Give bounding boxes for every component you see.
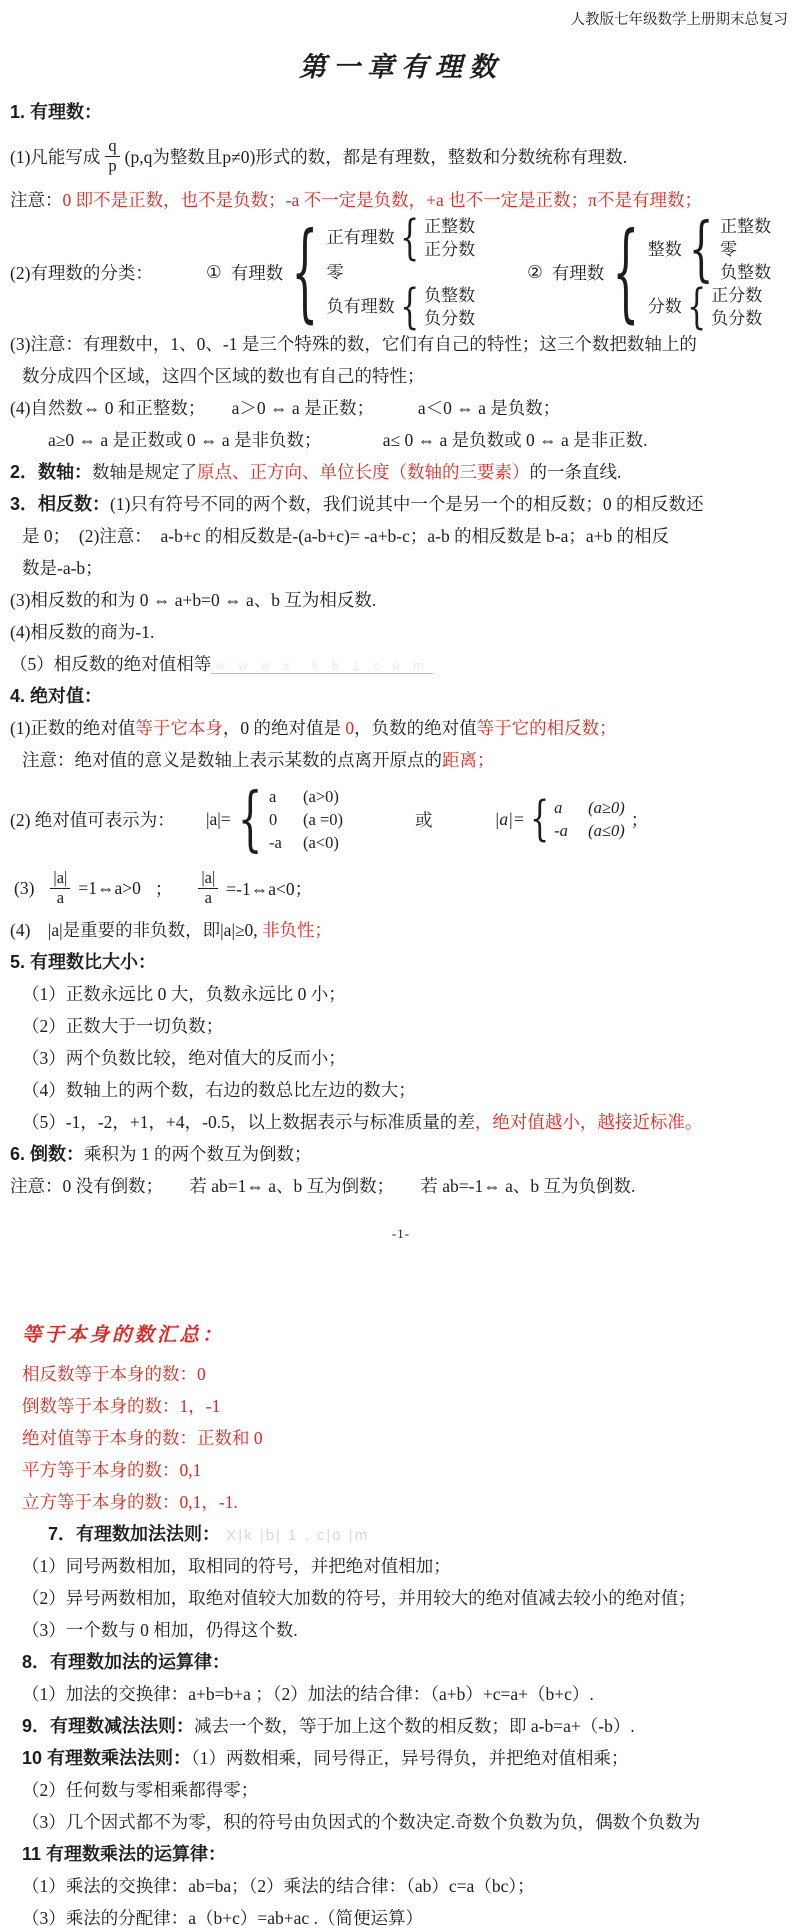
- abs-label: (2) 绝对值可表示为：: [10, 807, 206, 832]
- case-value: -a: [269, 831, 303, 854]
- item-number: (3): [14, 878, 34, 899]
- text-line: 8．有理数加法的运算律：: [10, 1646, 792, 1678]
- text-line: 等于本身的数汇总：: [10, 1312, 792, 1358]
- text-segment: （3）两个负数比较，绝对值大的反而小；: [22, 1048, 346, 1068]
- case-condition: (a>0): [303, 787, 339, 806]
- text-segment: 8．有理数加法的运算律：: [22, 1652, 230, 1672]
- text-line: （1）正数永远比 0 大，负数永远比 0 小；: [10, 978, 792, 1010]
- text-segment: =-1⇔a<0；: [226, 876, 312, 901]
- text-segment: (1)只有符号不同的两个数，我们说其中一个是另一个的相反数；0 的相反数还: [110, 494, 704, 514]
- text-line: (4)自然数⇔ 0 和正整数； a＞0 ⇔ a 是正数； a＜0 ⇔ a 是负数…: [10, 392, 792, 424]
- text-segment: ，负数的绝对值: [354, 718, 477, 738]
- text-segment: 等于本身的数汇总：: [22, 1323, 225, 1346]
- text-line: （3）乘法的分配律：a（b+c）=ab+ac .（简便运算）: [10, 1902, 792, 1932]
- branch-label: 整数: [648, 238, 682, 261]
- text-segment: 平方等于本身的数：0,1: [22, 1460, 201, 1480]
- text-segment: 4. 绝对值：: [10, 686, 102, 706]
- summary-and-rules-group: 等于本身的数汇总：相反数等于本身的数：0倒数等于本身的数：1，-1绝对值等于本身…: [10, 1312, 792, 1932]
- text-line: 立方等于本身的数：0,1，-1.: [10, 1486, 792, 1518]
- rational-classification-block: (2)有理数的分类： ① 有理数 { 正有理数 { 正整数 正分数 零: [10, 216, 792, 328]
- rational-definition-line: (1)凡能写成 q p (p,q为整数且p≠0)形式的数，都是有理数，整数和分数…: [10, 128, 792, 184]
- text-line: 1. 有理数：: [10, 96, 792, 128]
- text-segment: 3．相反数：: [10, 494, 110, 514]
- text-line: 4. 绝对值：: [10, 680, 792, 712]
- text-line: 注意：绝对值的意义是数轴上表示某数的点离开原点的距离；: [10, 744, 792, 776]
- tree-root-label: 有理数: [231, 260, 284, 285]
- text-line: 3．相反数：(1)只有符号不同的两个数，我们说其中一个是另一个的相反数；0 的相…: [10, 488, 792, 520]
- fraction-abs-a-over-a: |a| a: [198, 869, 218, 908]
- watermark-text: X|k |b| 1 . c|o |m: [220, 1527, 369, 1544]
- case-condition: (a≥0): [588, 798, 625, 817]
- abs-lhs: |a|=: [206, 809, 231, 830]
- text-line: (4)相反数的商为-1.: [10, 616, 792, 648]
- text-line: （3）两个负数比较，绝对值大的反而小；: [10, 1042, 792, 1074]
- text-segment: (3)注意：有理数中，1、0、-1 是三个特殊的数，它们有自己的特性；这三个数把…: [10, 334, 697, 354]
- fraction-numerator: q: [105, 137, 119, 157]
- leaf-item: 正分数: [711, 284, 762, 307]
- circled-number-2: ②: [527, 262, 543, 283]
- text-segment: （1）加法的交换律：a+b=b+a ；（2）加法的结合律：（a+b）+c=a+（…: [22, 1684, 594, 1704]
- leaf-item: 负分数: [711, 307, 762, 330]
- fraction-denominator: p: [105, 157, 119, 176]
- text-line: 5. 有理数比大小：: [10, 946, 792, 978]
- classification-label: (2)有理数的分类：: [10, 260, 206, 285]
- text-segment: ；: [631, 807, 649, 832]
- fraction-numerator: |a|: [50, 869, 70, 889]
- branch-label: 正有理数: [327, 226, 395, 249]
- text-line: （5）-1，-2，+1，+4，-0.5，以上数据表示与标准质量的差，绝对值越小，…: [10, 1106, 792, 1138]
- text-segment: （2）正数大于一切负数；: [22, 1016, 223, 1036]
- text-line: 2．数轴：数轴是规定了原点、正方向、单位长度（数轴的三要素）的一条直线.: [10, 456, 792, 488]
- text-segment: （4）数轴上的两个数，右边的数总比左边的数大；: [22, 1080, 416, 1100]
- text-segment: 10 有理数乘法法则：: [22, 1748, 191, 1768]
- brace: {: [292, 219, 319, 326]
- text-line: （4）数轴上的两个数，右边的数总比左边的数大；: [10, 1074, 792, 1106]
- text-line: 平方等于本身的数：0,1: [10, 1454, 792, 1486]
- classification-tree-1: ① 有理数 { 正有理数 { 正整数 正分数 零 负有理数: [206, 215, 475, 330]
- text-segment: （1）同号两数相加，取相同的符号，并把绝对值相加；: [22, 1556, 451, 1576]
- text-segment: a≥0 ⇔ a 是正数或 0 ⇔ a 是非负数； a≤ 0 ⇔ a 是负数或 0…: [48, 430, 648, 450]
- page-number: -1-: [10, 1226, 792, 1242]
- comparison-reciprocal-group: (4) |a|是重要的非负数，即|a|≥0, 非负性；5. 有理数比大小：（1）…: [10, 914, 792, 1202]
- leaf-item: 正整数: [424, 215, 475, 238]
- text-segment: 9．有理数减法法则：: [22, 1716, 194, 1736]
- text-segment: 7．有理数加法法则：: [48, 1524, 220, 1544]
- text-segment: 数分成四个区域，这四个区域的数也有自己的特性；: [22, 366, 425, 386]
- text-segment: （2）任何数与零相乘都得零；: [22, 1780, 258, 1800]
- brace: {: [237, 784, 262, 854]
- text-segment: 非负性；: [262, 920, 332, 940]
- text-segment: =1⇔a>0: [78, 878, 141, 899]
- text-line: a≥0 ⇔ a 是正数或 0 ⇔ a 是非负数； a≤ 0 ⇔ a 是负数或 0…: [10, 424, 792, 456]
- text-segment: 是 0； (2)注意： a-b+c 的相反数是-(a-b+c)= -a+b-c；…: [22, 526, 669, 546]
- text-segment: 数是-a-b；: [22, 558, 103, 578]
- case-condition: (a≤0): [588, 821, 625, 840]
- text-segment: 立方等于本身的数：0,1，-1.: [22, 1492, 238, 1512]
- text-line: (4) |a|是重要的非负数，即|a|≥0, 非负性；: [10, 914, 792, 946]
- text-line: （3）一个数与 0 相加，仍得这个数.: [10, 1614, 792, 1646]
- tree-root-label: 有理数: [552, 260, 605, 285]
- text-line: 绝对值等于本身的数：正数和 0: [10, 1422, 792, 1454]
- text-segment: 等于它的相反数；: [477, 718, 617, 738]
- case-value: -a: [554, 819, 588, 842]
- text-segment: ，0 的绝对值是: [223, 718, 346, 738]
- text-line: （3）几个因式都不为零，积的符号由负因式的个数决定.奇数个负数为负，偶数个负数为: [10, 1806, 792, 1838]
- text-segment: 1. 有理数：: [10, 102, 102, 122]
- absolute-ratio-line: (3) |a| a =1⇔a>0 ； |a| a =-1⇔a<0；: [10, 862, 792, 914]
- text-segment: 等于它本身: [135, 718, 223, 738]
- text-segment: 2．数轴：: [10, 462, 92, 482]
- text-segment: （5）-1，-2，+1，+4，-0.5，以上数据表示与标准质量的差: [22, 1112, 475, 1132]
- text-segment: 注意：0 没有倒数； 若 ab=1⇔ a、b 互为倒数； 若 ab=-1⇔ a、…: [10, 1176, 635, 1196]
- text-line: （1）同号两数相加，取相同的符号，并把绝对值相加；: [10, 1550, 792, 1582]
- text-segment: ，绝对值越小，越接近标准。: [475, 1112, 703, 1132]
- text-segment: 0: [345, 718, 354, 738]
- brace: {: [613, 219, 640, 326]
- fraction-denominator: a: [54, 889, 67, 908]
- text-line: 11 有理数乘法的运算律：: [10, 1838, 792, 1870]
- fraction-abs-a-over-a: |a| a: [50, 869, 70, 908]
- fraction-q-over-p: q p: [105, 137, 119, 176]
- text-segment: 注意：: [10, 190, 63, 210]
- text-segment: 5. 有理数比大小：: [10, 952, 156, 972]
- classification-tree-2: ② 有理数 { 整数 { 正整数 零 负整数 分数: [527, 215, 771, 330]
- absolute-value-expression: (2) 绝对值可表示为： |a|= { a(a>0) 0(a =0) -a(a<…: [10, 776, 792, 862]
- text-segment: (p,q为整数且p≠0)形式的数，都是有理数，整数和分数统称有理数.: [125, 144, 628, 169]
- document-body: 1. 有理数： (1)凡能写成 q p (p,q为整数且p≠0)形式的数，都是有…: [10, 96, 792, 1932]
- text-line: 数分成四个区域，这四个区域的数也有自己的特性；: [10, 360, 792, 392]
- leaf-item: 负整数: [424, 284, 475, 307]
- text-segment: （2）异号两数相加，取绝对值较大加数的符号，并用较大的绝对值减去较小的绝对值；: [22, 1588, 696, 1608]
- case-value: a: [269, 785, 303, 808]
- text-segment: 倒数等于本身的数：1，-1: [22, 1396, 220, 1416]
- text-segment: 减去一个数，等于加上这个数的相反数；即 a-b=a+（-b）.: [194, 1716, 635, 1736]
- text-segment: 11 有理数乘法的运算律：: [22, 1844, 226, 1864]
- text-segment: 数轴是规定了: [92, 462, 197, 482]
- text-segment: 原点、正方向、单位长度（数轴的三要素）: [197, 462, 530, 482]
- text-line: 数是-a-b；: [10, 552, 792, 584]
- leaf-item: 负整数: [720, 261, 771, 284]
- text-segment: (1)凡能写成: [10, 144, 100, 169]
- text-segment: (1)正数的绝对值: [10, 718, 135, 738]
- text-line: （2）异号两数相加，取绝对值较大加数的符号，并用较大的绝对值减去较小的绝对值；: [10, 1582, 792, 1614]
- branch-label: 分数: [648, 295, 682, 318]
- abs-lhs: |a|=: [495, 809, 525, 830]
- text-segment: (4)相反数的商为-1.: [10, 622, 154, 642]
- text-segment: （1）正数永远比 0 大，负数永远比 0 小；: [22, 984, 346, 1004]
- text-segment: 相反数等于本身的数：0: [22, 1364, 206, 1384]
- text-segment: 6. 倒数：: [10, 1144, 84, 1164]
- text-segment: （1）乘法的交换律：ab=ba；（2）乘法的结合律：（ab）c=a（bc）；: [22, 1876, 535, 1896]
- text-line: （2）正数大于一切负数；: [10, 1010, 792, 1042]
- text-segment: 0 即不是正数，也不是负数；-a 不一定是负数，+a 也不一定是正数；π不是有理…: [63, 190, 702, 210]
- text-segment: (4)自然数⇔ 0 和正整数； a＞0 ⇔ a 是正数； a＜0 ⇔ a 是负数…: [10, 398, 560, 418]
- brace: {: [530, 795, 549, 843]
- case-condition: (a =0): [303, 810, 343, 829]
- text-line: 10 有理数乘法法则：（1）两数相乘，同号得正，异号得负，并把绝对值相乘；: [10, 1742, 792, 1774]
- leaf-item: 正整数: [720, 215, 771, 238]
- text-segment: 乘积为 1 的两个数互为倒数；: [84, 1144, 312, 1164]
- circled-number-1: ①: [206, 262, 222, 283]
- text-line: （1）乘法的交换律：ab=ba；（2）乘法的结合律：（ab）c=a（bc）；: [10, 1870, 792, 1902]
- chapter-title: 第一章有理数: [10, 46, 792, 90]
- text-line: 9．有理数减法法则：减去一个数，等于加上这个数的相反数；即 a-b=a+（-b）…: [10, 1710, 792, 1742]
- fraction-numerator: |a|: [198, 869, 218, 889]
- text-line: 是 0； (2)注意： a-b+c 的相反数是-(a-b+c)= -a+b-c；…: [10, 520, 792, 552]
- leaf-item: 零: [720, 238, 771, 261]
- fraction-denominator: a: [202, 889, 215, 908]
- text-segment: （3）乘法的分配律：a（b+c）=ab+ac .（简便运算）: [22, 1908, 423, 1928]
- text-segment: （3）几个因式都不为零，积的符号由负因式的个数决定.奇数个负数为负，偶数个负数为: [22, 1812, 700, 1832]
- text-segment: (4) |a|是重要的非负数，即|a|≥0,: [10, 920, 262, 940]
- brace: {: [689, 214, 714, 284]
- branch-label: 负有理数: [327, 295, 395, 318]
- text-line: 倒数等于本身的数：1，-1: [10, 1390, 792, 1422]
- text-line: (1)正数的绝对值等于它本身，0 的绝对值是 0，负数的绝对值等于它的相反数；: [10, 712, 792, 744]
- text-segment: （1）两数相乘，同号得正，异号得负，并把绝对值相乘；: [191, 1748, 629, 1768]
- text-segment: ；: [155, 876, 173, 901]
- text-segment: 注意：绝对值的意义是数轴上表示某数的点离开原点的: [22, 750, 442, 770]
- document-header: 人教版七年级数学上册期末总复习: [10, 10, 792, 30]
- document-page: 人教版七年级数学上册期末总复习 第一章有理数 1. 有理数： (1)凡能写成 q…: [0, 0, 800, 1932]
- text-line: 6. 倒数：乘积为 1 的两个数互为倒数；: [10, 1138, 792, 1170]
- text-segment: （3）一个数与 0 相加，仍得这个数.: [22, 1620, 298, 1640]
- text-line: 7．有理数加法法则： X|k |b| 1 . c|o |m: [10, 1518, 792, 1550]
- text-line: （5）相反数的绝对值相等w w w x k b 1 c o m: [10, 648, 792, 680]
- section-1-heading-group: 1. 有理数：: [10, 96, 792, 128]
- leaf-item: 负分数: [424, 307, 475, 330]
- case-value: a: [554, 796, 588, 819]
- text-line: (3)相反数的和为 0 ⇔ a+b=0 ⇔ a、b 互为相反数.: [10, 584, 792, 616]
- fill-in-blank: w w w x k b 1 c o m: [211, 659, 433, 674]
- text-segment: （5）相反数的绝对值相等: [10, 654, 211, 674]
- text-line: （1）加法的交换律：a+b=b+a ；（2）加法的结合律：（a+b）+c=a+（…: [10, 1678, 792, 1710]
- text-segment: 的一条直线.: [530, 462, 622, 482]
- text-line: 相反数等于本身的数：0: [10, 1358, 792, 1390]
- case-value: 0: [269, 808, 303, 831]
- text-line: 注意：0 没有倒数； 若 ab=1⇔ a、b 互为倒数； 若 ab=-1⇔ a、…: [10, 1170, 792, 1202]
- case-condition: (a<0): [303, 833, 339, 852]
- leaf-item: 正分数: [424, 238, 475, 261]
- or-connector: 或: [415, 807, 433, 832]
- text-line: （2）任何数与零相乘都得零；: [10, 1774, 792, 1806]
- text-segment: 距离；: [442, 750, 495, 770]
- number-line-opposite-group: (3)注意：有理数中，1、0、-1 是三个特殊的数，它们有自己的特性；这三个数把…: [10, 328, 792, 776]
- text-segment: 绝对值等于本身的数：正数和 0: [22, 1428, 263, 1448]
- brace: {: [400, 214, 419, 262]
- brace: {: [687, 283, 706, 331]
- text-segment: (3)相反数的和为 0 ⇔ a+b=0 ⇔ a、b 互为相反数.: [10, 590, 376, 610]
- brace: {: [400, 283, 419, 331]
